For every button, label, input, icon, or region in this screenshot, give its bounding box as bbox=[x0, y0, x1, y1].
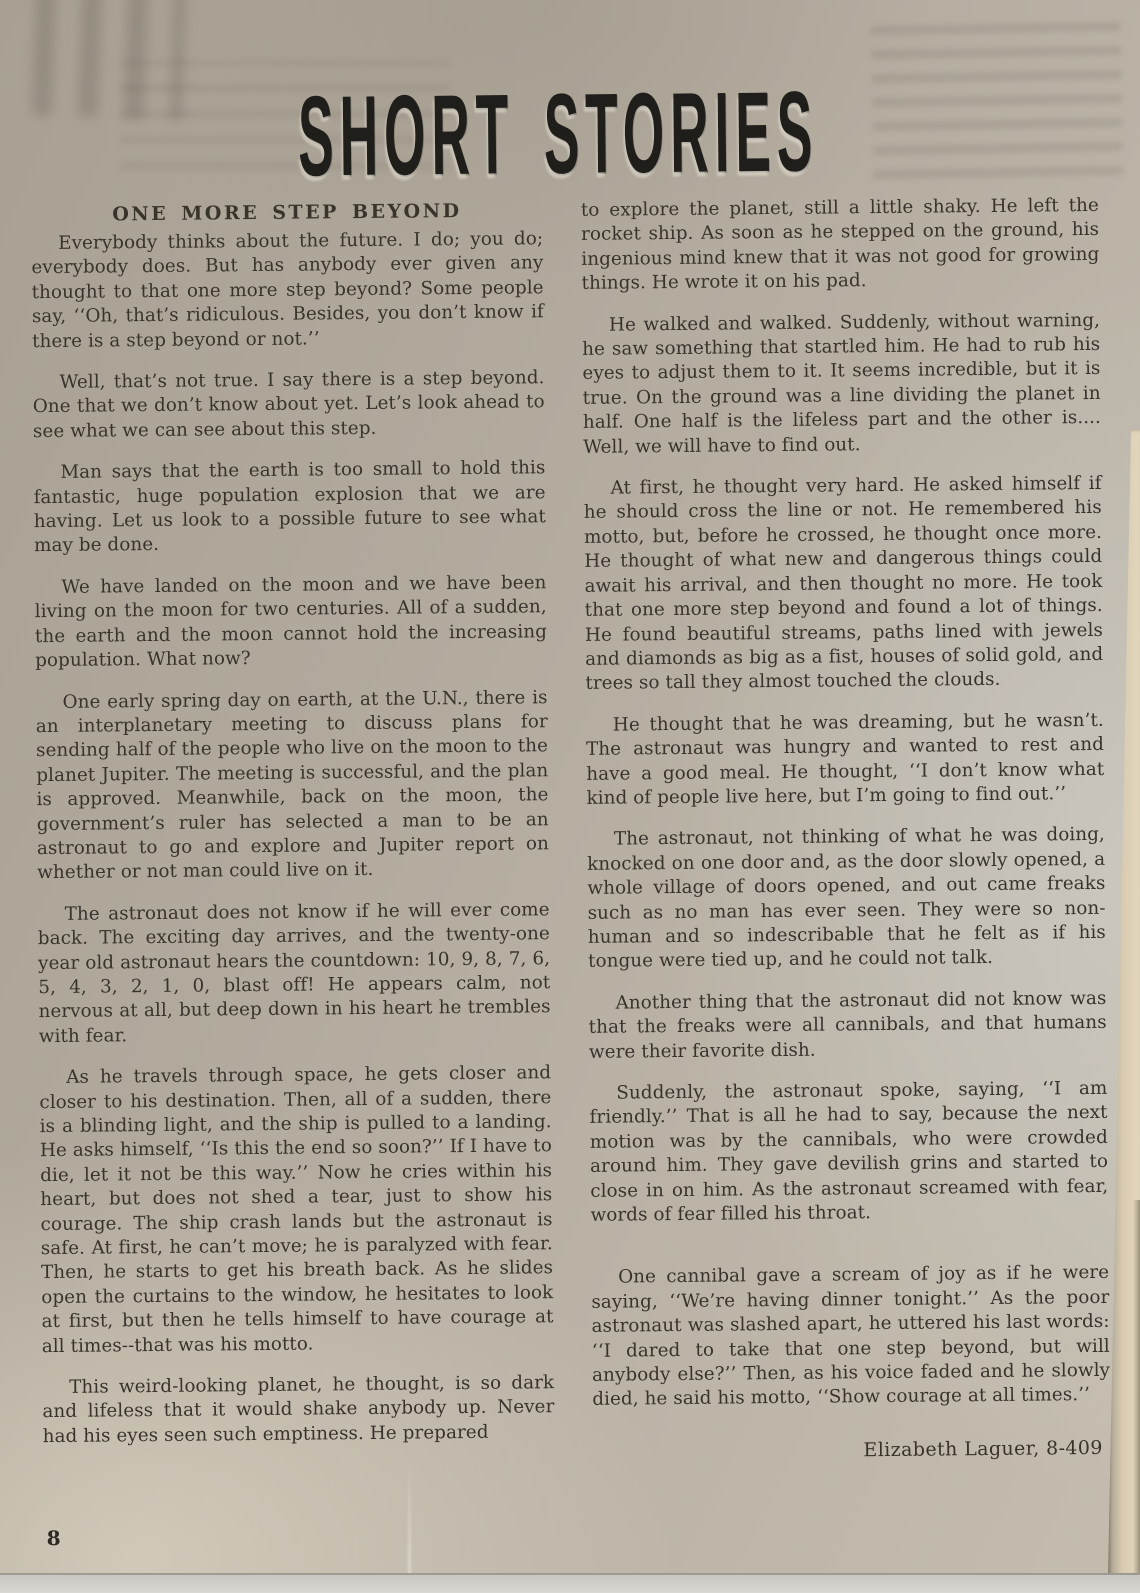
story-paragraph: We have landed on the moon and we have b… bbox=[34, 571, 547, 674]
story-paragraph: This weird-looking planet, he thought, i… bbox=[42, 1371, 555, 1449]
column-2: to explore the planet, still a little sh… bbox=[581, 194, 1111, 1465]
story-paragraph: As he travels through space, he gets clo… bbox=[39, 1061, 554, 1359]
story-paragraph: to explore the planet, still a little sh… bbox=[581, 194, 1100, 297]
story-paragraph: The astronaut does not know if he will e… bbox=[38, 898, 551, 1049]
story-paragraph: The astronaut, not thinking of what he w… bbox=[587, 823, 1106, 974]
author-byline: Elizabeth Laguer, 8-409 bbox=[593, 1436, 1111, 1465]
story-title: ONE MORE STEP BEYOND bbox=[31, 199, 543, 226]
page-number: 8 bbox=[47, 1526, 61, 1550]
story-paragraph: He thought that he was dreaming, but he … bbox=[586, 709, 1105, 812]
section-title: SHORT STORIES bbox=[141, 74, 975, 196]
story-paragraph: Suddenly, the astronaut spoke, saying, ‘… bbox=[589, 1077, 1108, 1228]
story-paragraph: Man says that the earth is too small to … bbox=[33, 456, 546, 559]
story-paragraph: He walked and walked. Suddenly, without … bbox=[582, 309, 1101, 460]
story-paragraph: Everybody thinks about the future. I do;… bbox=[31, 227, 544, 354]
story-paragraph: One early spring day on earth, at the U.… bbox=[35, 686, 549, 886]
printed-content: SHORT STORIES ONE MORE STEP BEYOND Every… bbox=[0, 0, 1140, 1593]
story-paragraph: One cannibal gave a scream of joy as if … bbox=[591, 1261, 1110, 1412]
column-1: Everybody thinks about the future. I do;… bbox=[31, 227, 555, 1466]
story-paragraph: Well, that’s not true. I say there is a … bbox=[32, 366, 545, 444]
scanned-magazine-page: SHORT STORIES ONE MORE STEP BEYOND Every… bbox=[0, 0, 1140, 1593]
scanner-bed-strip bbox=[0, 1573, 1140, 1593]
story-paragraph: At first, he thought very hard. He asked… bbox=[583, 472, 1103, 697]
page-edge-shadow bbox=[1133, 1200, 1140, 1573]
story-paragraph: Another thing that the astronaut did not… bbox=[588, 987, 1107, 1065]
